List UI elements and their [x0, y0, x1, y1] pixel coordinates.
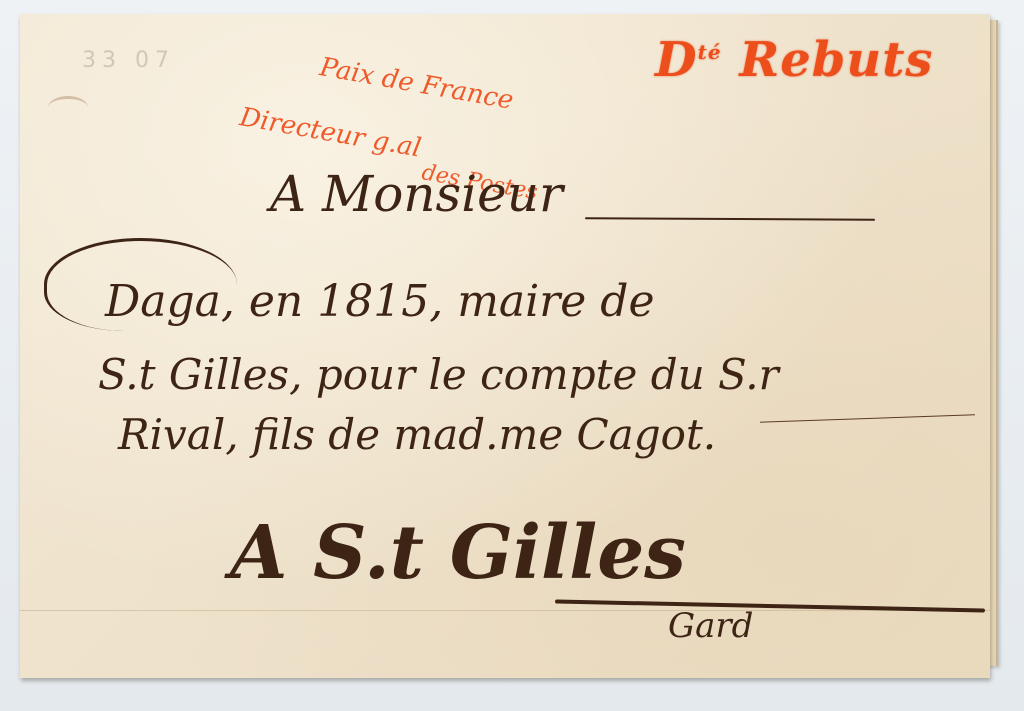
debourse-name: Rebuts	[739, 32, 933, 88]
address-salutation: A Monsieur	[270, 165, 563, 223]
address-department: Gard	[668, 606, 753, 646]
address-line-3: Rival, fils de mad.me Cagot.	[118, 410, 716, 459]
debourse-prefix: D	[655, 32, 698, 88]
address-line-2: S.t Gilles, pour le compte du S.r	[98, 350, 779, 399]
debourse-rebuts-handstamp: Dté Rebuts	[655, 32, 933, 88]
faded-pencil-note: 33 07	[82, 48, 175, 73]
address-destination: A S.t Gilles	[230, 510, 686, 596]
fold-crease	[20, 610, 990, 611]
paper-stain	[48, 96, 88, 119]
debourse-superscript: té	[698, 40, 722, 64]
address-line-1: Daga, en 1815, maire de	[105, 276, 654, 327]
